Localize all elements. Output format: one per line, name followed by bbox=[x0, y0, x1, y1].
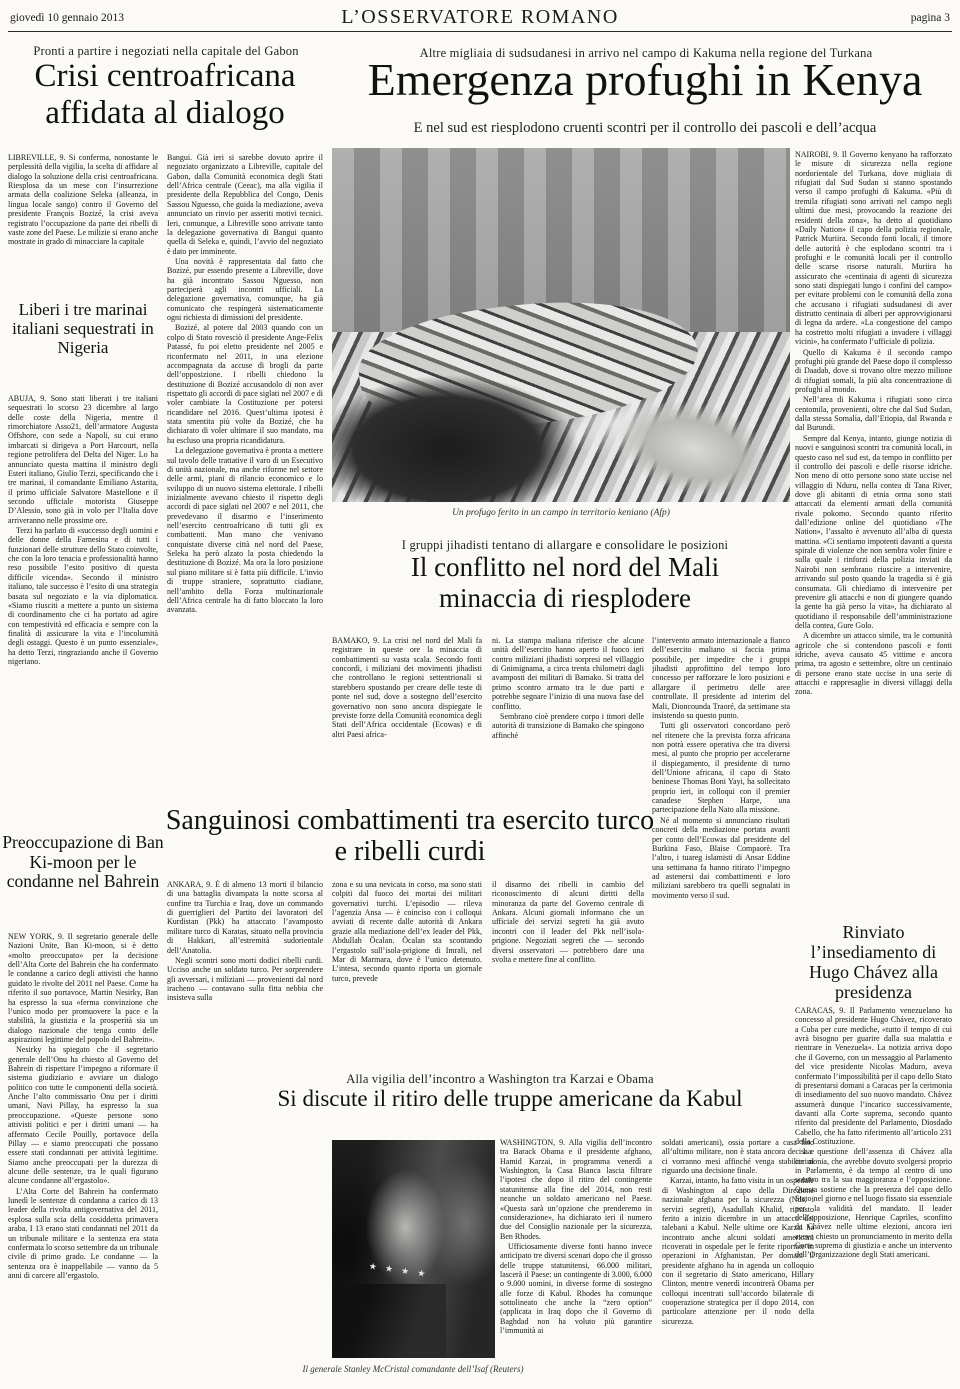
mali-column-b: ni. La stampa maliana riferisce che alcu… bbox=[492, 636, 644, 786]
turchia-column-b: zona e su una nevicata in corso, ma sono… bbox=[332, 880, 482, 1092]
mali-headline: Il conflitto nel nord del Mali minaccia … bbox=[360, 552, 770, 614]
gabon-headline: Crisi centroafricana affidata al dialogo bbox=[0, 58, 330, 132]
kabul-column-b: soldati americani), ossia portare a casa… bbox=[662, 1138, 814, 1386]
gabon-kicker: Pronti a partire i negoziati nella capit… bbox=[8, 44, 324, 59]
kenya-headline: Emergenza profughi in Kenya bbox=[336, 56, 954, 104]
kenya-column: NAIROBI, 9. Il Governo kenyano ha raffor… bbox=[795, 150, 952, 892]
newspaper-page: giovedì 10 gennaio 2013 L’OSSERVATORE RO… bbox=[0, 0, 960, 1389]
nigeria-headline: Liberi i tre marinai italiani sequestrat… bbox=[4, 300, 162, 357]
kabul-photo-uniform bbox=[332, 1284, 446, 1358]
masthead-title: L’OSSERVATORE ROMANO bbox=[0, 6, 960, 29]
masthead-rule bbox=[8, 31, 952, 32]
turchia-column-c: il disarmo dei ribelli in cambio del ric… bbox=[492, 880, 644, 1045]
kenya-subhead: E nel sud est riesplodono cruenti scontr… bbox=[336, 120, 954, 137]
mali-column-c: l’intervento armato internazionale a fia… bbox=[652, 636, 790, 1048]
chavez-headline: Rinviato l’insediamento di Hugo Chávez a… bbox=[793, 922, 954, 1003]
chavez-body: CARACAS, 9. Il Parlamento venezuelano ha… bbox=[795, 1006, 952, 1384]
kabul-column-a: WASHINGTON, 9. Alla vigilia dell’incontr… bbox=[500, 1138, 652, 1386]
kabul-headline: Si discute il ritiro delle truppe americ… bbox=[160, 1086, 860, 1111]
kabul-photo: ★ ★ ★ ★ bbox=[332, 1140, 495, 1358]
kenya-photo-blanket bbox=[332, 375, 579, 502]
bahrein-headline: Preoccupazione di Ban Ki-moon per le con… bbox=[2, 833, 164, 892]
mali-kicker: I gruppi jihadisti tentano di allargare … bbox=[340, 538, 790, 553]
kenya-photo-caption: Un profugo ferito in un campo in territo… bbox=[332, 508, 790, 518]
kenya-photo bbox=[332, 148, 790, 502]
turchia-column-a: ANKARA, 9. È di almeno 13 morti il bilan… bbox=[167, 880, 323, 1092]
gabon-column-1: LIBREVILLE, 9. Si conferma, nonostante l… bbox=[8, 153, 158, 295]
kenya-photo-limb bbox=[607, 385, 780, 502]
masthead-page-number: pagina 3 bbox=[911, 12, 950, 24]
mali-column-a: BAMAKO, 9. La crisi nel nord del Mali fa… bbox=[332, 636, 482, 786]
kabul-kicker: Alla vigilia dell’incontro a Washington … bbox=[260, 1072, 740, 1087]
turchia-headline: Sanguinosi combattimenti tra esercito tu… bbox=[160, 806, 660, 868]
nigeria-body: ABUJA, 9. Sono stati liberati i tre ital… bbox=[8, 394, 158, 694]
bahrein-body: NEW YORK, 9. Il segretario generale dell… bbox=[8, 932, 158, 1384]
gabon-column-2: Bangui. Già ieri si sarebbe dovuto aprir… bbox=[167, 153, 323, 801]
